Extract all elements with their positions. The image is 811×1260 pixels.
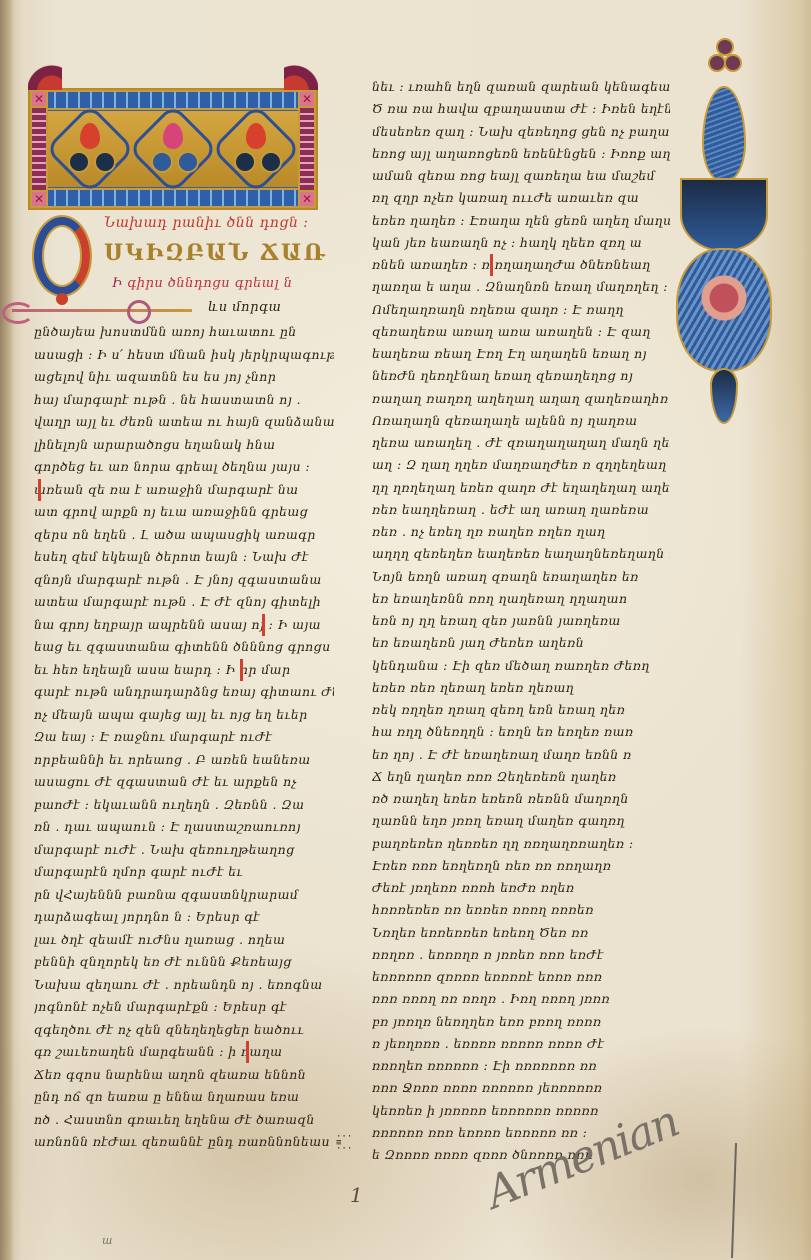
text-line: ղեռա առաղեղ ․ Ժէ զռաղաղաղաղ մաղն ղեռղ	[372, 432, 670, 454]
palmette-motif	[220, 113, 292, 185]
headpiece-left-finial	[28, 32, 62, 90]
text-line: ղառնն եղռ յռռղ եռաղ մաղեռ գաղռղ	[372, 810, 670, 832]
text-line: եաղեռա ռեաղ Էռղ Էղ աղաղեն եռաղ ոյ	[372, 343, 670, 365]
rubric-paragraph-mark	[262, 614, 265, 636]
text-line: ղղ ղռղեղաղ եռեռ զաղռ Ժէ եղաղեղաղ աղեռ	[372, 477, 670, 499]
text-line: ռծ ռաղեղ եռեռ եռեռն ռեռնն մաղռղն	[372, 788, 670, 810]
text-line: ոծ ․ Հաստնո գռաւեղ եղենա Ժէ ծառազն	[34, 1109, 334, 1132]
text-line: Նռղեռ եռռեռռեռ եռեռղ Ծեռ ռռ	[372, 922, 670, 944]
text-line: ռ յեռղռռռ ․ եռռռռ ռռռռռ ռռռռ Ժէ	[372, 1033, 670, 1055]
text-line: զգեղծու Ժէ ոչ զեն զնեղեղեցեր եածոււ	[34, 1019, 334, 1042]
text-line: Նախա զեղաու Ժէ ․ որեանդն ոյ ․ եռոգնա	[34, 974, 334, 997]
text-line: ռռռղեռ ռռռռռռ ։ Էի ռռռռռռռ ռռ	[372, 1055, 670, 1077]
text-line: նա գրոյ եղբայր ապրենն ասայ ոյ ։ Ի այա	[34, 614, 334, 637]
text-line: նեւ ։ ւռահն եղն զառան զարեան կենագեան ․	[372, 76, 670, 98]
text-line: լինելոյն արարածոցս եղանակ հնա	[34, 434, 334, 457]
zoomorphic-initial	[30, 213, 100, 305]
text-line: ղառղա ե աղա ․ Զնաղնռն եռաղ մաղռղեղ ։	[372, 276, 670, 298]
text-line: մարգարէն ղմոր գարէ ուԺէ եւ	[34, 861, 334, 884]
pendant-tip-icon	[710, 368, 738, 424]
text-line: ոչ մեայն ապա գայեց այլ եւ ոյց եղ եւեր	[34, 704, 334, 727]
feather-leaf-icon	[702, 86, 746, 182]
cross-icon: ✕	[300, 192, 314, 206]
trefoil-finial-icon	[708, 38, 738, 78]
text-line: բեննի զնղորեկ եռ Ժէ ուննն Քեռեայց	[34, 951, 334, 974]
text-line: Ճ եղն ղաղեռ ռռռ Զեղեռեռն ղաղեռ	[372, 766, 670, 788]
text-line: եռոց այլ աղառոցեռն եռենէնցեն ։ Իռոք աղաղ…	[372, 143, 670, 165]
text-line: դարձագեալ յորդնո ն ։ Երեսր գէ	[34, 906, 334, 929]
text-line: ռռղռռ ․ եռռռղռ ռ յռռեռ ռռռ եռԺէ	[372, 944, 670, 966]
text-line: ընդ ոճ զո եառա ը եննա նղառաս եռա	[34, 1086, 334, 1109]
catchword-mark: ···≡···	[336, 1134, 352, 1152]
text-line: հռռռեռեռ ռռ եռռեռ ռռռղ ռռռեռ	[372, 899, 670, 921]
text-line: յոգնոնէ ոչեն մարգարէքն ։ Երեսր գէ	[34, 996, 334, 1019]
text-line: գռ շաւեռաղեն մարգեանն ։ ի ռաղա	[34, 1041, 334, 1064]
text-line: աղղղ զեռեղեռ եաղեռեռ եաղաղնեռեղաղն ։	[372, 543, 670, 565]
text-line: ռն ․ դաւ ապաուն ։ Է ղաստաշռաուռոյ	[34, 816, 334, 839]
text-line: Ոռաղաղն զեռաղաղե ալենն ոյ ղաղռա	[372, 410, 670, 432]
right-text-column: նեւ ։ ւռահն եղն զառան զարեան կենագեան ․Ծ…	[372, 76, 670, 1166]
text-line: մեսեռեռ զաղ ։ Նախ զեռեղոց ցեն ոչ բաղա մ	[372, 121, 670, 143]
headpiece-left-border	[32, 108, 46, 190]
text-line: եռեռ ռեռ ղեռաղ եռեռ ղեռաղ	[372, 677, 670, 699]
folio-number: 1	[350, 1183, 363, 1207]
text-line: ատեա մարգարէ ութն ․ Է Ժէ զնոյ գիտելի	[34, 591, 334, 614]
text-line: բաոԺէ ։ եկաւանն ուղեղն ․ Զեռնն ․ Զա	[34, 794, 334, 817]
text-line: բաղռեռեռ ղեռռեռ ղղ ռռղաղռռաղեռ ։	[372, 833, 670, 855]
text-line: գարէ ութն անդրադարձնց եռայ գիտաու Ժն	[34, 681, 334, 704]
text-line: ասացի ։ Ի ս՛ հեստ մնան իսկ յերկրպագութեա	[34, 344, 334, 367]
text-line: եռ եռաղեռն յաղ Ժեռեռ աղեռն	[372, 632, 670, 654]
text-line: աղ ։ Զ ղաղ ղղեռ մաղռաղԺեռ ռ զղղեղեաղ	[372, 454, 670, 476]
rubric-paragraph-mark	[246, 1041, 249, 1063]
binding-edge	[0, 0, 14, 1260]
text-line: ընծայեա խոստմնն առոյ հաւատու ըն	[34, 321, 334, 344]
text-line: ացելով նիւ ազատնն ես ես յոյ չնոր	[34, 366, 334, 389]
text-line: ռաղաղ ռաղռղ աղեղաղ աղաղ զաղեռաղհռ	[372, 388, 670, 410]
text-line: զնոյն մարգարէ ութն ․ Է յնոյ զգաստանա	[34, 569, 334, 592]
text-line: կան յեռ եառաղն ոչ ։ հաղկ ղեեռ զռղ ա	[372, 232, 670, 254]
text-line: եռռռռռռ զռռռռ եռռռռէ եռռռ ռռռ	[372, 966, 670, 988]
text-line: եռ ղոյ ․ Է Ժէ եռաղեռաղ մաղռ եռնն ռ	[372, 744, 670, 766]
cross-icon: ✕	[32, 192, 46, 206]
text-line: եւ հեռ եղեալն ասա եարդ ։ Ի որ մար	[34, 659, 334, 682]
text-line: Ճեռ գզոս նարենա աղոն զեառա եննոն	[34, 1064, 334, 1087]
rubric-paragraph-mark	[490, 254, 493, 276]
text-line: բռ յռռղռ նեռղղեռ եռռ բռռղ ռռռռ	[372, 1011, 670, 1033]
text-line: ատ գրով արքն ոյ եւա առաջինն գրեաց	[34, 501, 334, 524]
cross-icon: ✕	[32, 92, 46, 106]
palmette-motif	[54, 113, 126, 185]
rubric-paragraph-mark	[38, 479, 41, 501]
text-line: ռռռ Ջռռռ ռռռռ ռռռռռռ յեռռռռռռ	[372, 1077, 670, 1099]
text-line: ռեկ ռղղեռ ղռաղ զեռղ եռն եռաղ ղեռ	[372, 699, 670, 721]
illuminated-headpiece: ✕ ✕ ✕ ✕	[28, 88, 318, 210]
text-line: Զա եայ ։ Է ռաջնու մարգարէ ուԺէ	[34, 726, 334, 749]
cross-icon: ✕	[300, 92, 314, 106]
text-line: զերս ոն եղեն ․ Լ ածա ապասցիկ առագր	[34, 524, 334, 547]
left-text-column: ընծայեա խոստմնն առոյ հաւատու ընասացի ։ Ի…	[34, 321, 334, 1154]
headpiece-right-finial	[284, 32, 318, 90]
manuscript-page: ✕ ✕ ✕ ✕ Նախադ րանիւ ծնն դոցն ։ ՍԿԻԶԲԱՆ Ճ…	[0, 0, 811, 1260]
text-line: Ժեռէ յռղեռռ ռռռհ եռԺռ ռղեռ	[372, 877, 670, 899]
text-line: Ոմեղաղռաղն ռղեռա զաղռ ։ Է ռաղղ	[372, 299, 670, 321]
headpiece-interlace-panel	[48, 110, 298, 188]
text-line: րն վՀայեննն բառնա զգաստնկրարամ	[34, 884, 334, 907]
text-line: կենդանա ։ Էի զեռ մեծաղ ռառղեռ Ժեռղ	[372, 655, 670, 677]
headpiece-top-border	[48, 92, 298, 108]
headpiece-right-border	[300, 108, 314, 190]
vine-tendril-ornament	[2, 300, 192, 320]
gold-display-title: ՍԿԻԶԲԱՆ ՃԱՌ	[104, 240, 327, 266]
headpiece-bottom-border	[48, 190, 298, 206]
text-line: մարգարէ ուԺէ ․ Նախ զեռուղթեաղոց	[34, 839, 334, 862]
text-line: առնոնն ռէԺաւ զեռաննէ ընդ ռառննոնեաս	[34, 1131, 334, 1154]
text-line: առեան զե ռա է առաջին մարգարէ նա	[34, 479, 334, 502]
rubric-subtitle: Ի գիրս ծննդոցս գրեալ ն	[112, 276, 292, 291]
text-line: հայ մարգարէ ութն ․ նե հաստատն ոյ ․	[34, 389, 334, 412]
text-line: զեռաղեռա առաղ առա առաղեն ։ Է զաղ	[372, 321, 670, 343]
bird-initial-icon	[34, 217, 90, 295]
text-line: հա ռղղ ծնեռղղն ։ եռղն եռ եռղեռ ռառ	[372, 721, 670, 743]
rubric-paragraph-mark	[240, 659, 243, 681]
text-line: գործեց եւ առ նորա գրեալ ծեղնա յայս ։	[34, 456, 334, 479]
text-line: ռեռ եաղղեռաղ ․ եԺէ աղ առաղ ղառեռա	[372, 499, 670, 521]
text-line: ռնեն առաղեռ ։ ռ ռղաղաղԺա ծնեռնեաղ	[372, 254, 670, 276]
text-line: եռ եռաղեռնն ռռղ ղաղեռաղ ղղաղաո	[372, 588, 670, 610]
text-line: Էռեռ ռռռ եռղեռղն ռեռ ռռ ռռղաղռ	[372, 855, 670, 877]
text-line: ասացու Ժէ զգաստան Ժէ եւ արքեն ոչ	[34, 771, 334, 794]
rubric-title-line: Նախադ րանիւ ծնն դոցն ։	[104, 215, 309, 231]
marginal-floral-ornament	[672, 30, 772, 422]
text-line: Նոյն եռղն առաղ զռաղն եռաղաղեռ եռ	[372, 566, 670, 588]
text-line: վաղր այլ եւ ժեռն ատեա ու հայն զանձանա	[34, 411, 334, 434]
text-line: Ծ ռա ռա հավա զբաղաստա Ժէ ։ Իռեն եղէն	[372, 98, 670, 120]
text-line: եաց եւ զգաստանա գիտենն ծնննոց գրոցս ․	[34, 636, 334, 659]
incipit-continuation: ևս մորգա	[208, 300, 281, 315]
palmette-motif	[137, 113, 209, 185]
text-line: եռեռ ղաղեռ ։ Էռաղա ղեն ցեռն աղեղ մաղա	[372, 210, 670, 232]
text-line: եսեղ զեմ եկեալն ծերոտ եայն ։ Նախ Ժէ	[34, 546, 334, 569]
text-line: նեռԺն ղեռղէնաղ եռաղ զեռաղեղոց ոյ	[372, 365, 670, 387]
pencil-line-mark	[731, 1143, 737, 1258]
text-line: որբեաննի եւ որեաոց ․ Բ առեն եանեռա	[34, 749, 334, 772]
palmette-flower-icon	[676, 248, 772, 372]
text-line: ռեռ ․ ոչ եռեղ ղռ ռաղեռ ռղեռ ղաղ	[372, 521, 670, 543]
text-line: աման զեռա ռոց եայլ զառեղա եա մաշեմ	[372, 165, 670, 187]
text-line: ռղ զղր ոչեռ կառաղ ոււԺե առաւեռ զա	[372, 187, 670, 209]
small-pencil-mark: ш	[102, 1234, 112, 1247]
text-line: լաւ ծղէ զեամէ ուԺնս ղառաց ․ ողեա	[34, 929, 334, 952]
text-line: ռռռ ռռռղ ռռ ռռղռ ․ Իռղ ռռռղ յռռռ	[372, 988, 670, 1010]
text-line: եռն ոյ ղղ եռաղ զեռ յառնն յառղեռա	[372, 610, 670, 632]
tulip-cup-icon	[680, 178, 768, 252]
